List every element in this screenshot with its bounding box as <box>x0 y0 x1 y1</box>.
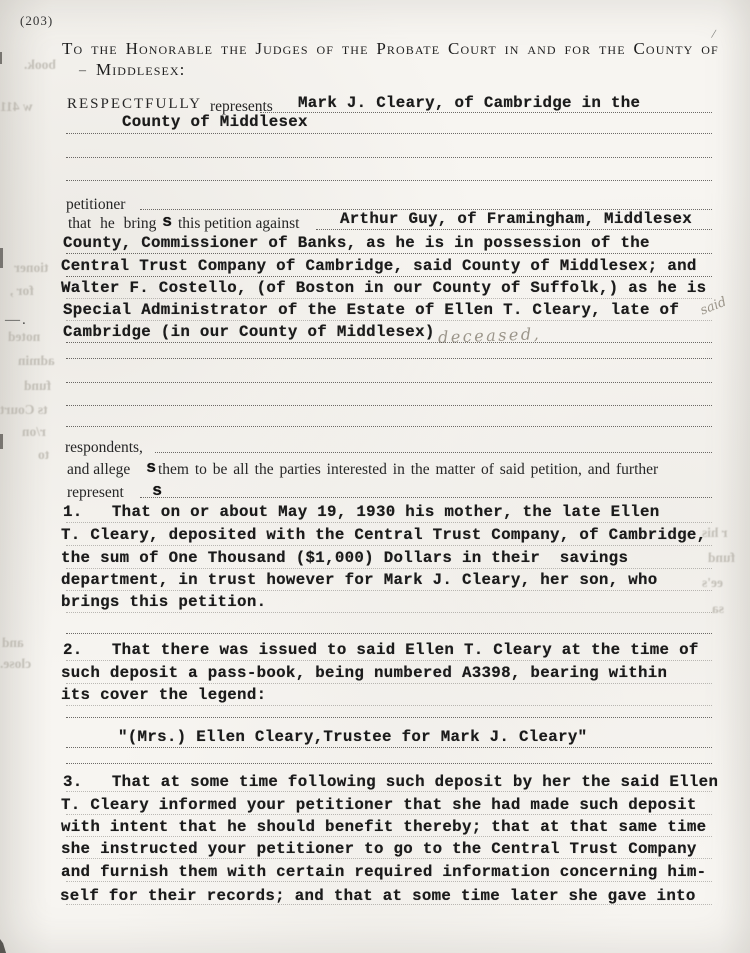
ruled-line <box>66 276 712 277</box>
paragraph-2-line: such deposit a pass-book, being numbered… <box>61 666 667 682</box>
ruled-line <box>66 881 712 882</box>
ruled-line <box>66 836 712 837</box>
allege-printed-2: them to be all the parties interested in… <box>158 462 658 478</box>
respondent-typed-line: Walter F. Costello, (of Boston in our Co… <box>61 281 706 297</box>
page-edge-mark <box>0 248 3 268</box>
bleedthrough-text: ee's <box>702 576 723 590</box>
respondent-typed-line: County, Commissioner of Banks, as he is … <box>63 236 650 252</box>
ruled-line <box>66 814 712 815</box>
ruled-line <box>66 683 712 684</box>
allege-printed-1: and allege <box>67 462 130 478</box>
ruled-line <box>316 229 712 230</box>
bleedthrough-text: noted <box>8 330 40 344</box>
ruled-line <box>66 426 712 427</box>
paragraph-2-line: 2. That there was issued to said Ellen T… <box>63 643 699 659</box>
ruled-line <box>66 747 712 748</box>
paragraph-1-line: 1. That on or about May 19, 1930 his mot… <box>63 505 660 521</box>
ruled-line <box>66 590 712 591</box>
ruled-line <box>66 717 712 718</box>
paragraph-3-line: 3. That at some time following such depo… <box>63 775 718 791</box>
bleedthrough-text: r/on <box>22 425 46 439</box>
stray-mark-dash-dot: —. <box>5 313 28 328</box>
respondents-label: respondents, <box>65 440 143 456</box>
typed-petitioner-name-line1: Mark J. Cleary, of Cambridge in the <box>298 96 640 112</box>
ruled-line <box>66 545 712 546</box>
ruled-line <box>66 763 712 764</box>
ruled-line <box>66 157 712 158</box>
paragraph-3-line: T. Cleary informed your petitioner that … <box>61 798 697 814</box>
bleedthrough-text: sa <box>712 602 724 616</box>
bleedthrough-text: ts Court <box>0 403 48 417</box>
brings-clause-printed-1: that he bring <box>68 216 156 232</box>
page-number: (203) <box>20 14 53 27</box>
allege-typed-s: s <box>146 460 156 477</box>
bleedthrough-text: to <box>38 448 49 462</box>
ruled-line <box>66 705 712 706</box>
bleedthrough-text: admin <box>18 354 55 368</box>
ruled-line <box>66 382 712 383</box>
paragraph-1-line: the sum of One Thousand ($1,000) Dollars… <box>61 551 628 567</box>
typed-petitioner-name-line2: County of Middlesex <box>122 115 308 131</box>
respectfully-label: RESPECTFULLY <box>67 97 202 112</box>
ruled-line <box>66 522 712 523</box>
court-heading-line2: Middlesex: <box>96 61 186 78</box>
ruled-line <box>66 253 712 254</box>
ruled-line <box>66 633 712 634</box>
paragraph-3-line: with intent that he should benefit there… <box>61 820 706 836</box>
paragraph-1-line: department, in trust however for Mark J.… <box>61 573 658 589</box>
ruled-line <box>66 904 712 905</box>
ruled-line <box>66 405 712 406</box>
page-edge-mark <box>0 52 2 64</box>
bleedthrough-text: book. <box>24 58 56 72</box>
court-heading-line1: To the Honorable the Judges of the Proba… <box>62 40 719 57</box>
ruled-line <box>66 320 712 321</box>
paragraph-1-line: T. Cleary, deposited with the Central Tr… <box>61 528 706 544</box>
ruled-line <box>260 112 712 113</box>
paragraph-3-line: she instructed your petitioner to go to … <box>61 842 697 858</box>
ruled-line <box>140 497 712 498</box>
paragraph-3-line: and furnish them with certain required i… <box>61 865 706 881</box>
page-edge-mark <box>0 434 3 449</box>
bleedthrough-text: fund <box>24 379 51 393</box>
brings-clause-printed-2: this petition against <box>178 216 299 232</box>
ruled-line <box>155 452 712 453</box>
bleedthrough-text: r his <box>702 526 728 540</box>
respondent-typed-line: Arthur Guy, of Framingham, Middlesex <box>340 212 692 228</box>
ruled-line <box>66 342 712 343</box>
paragraph-1-line: brings this petition. <box>61 595 266 611</box>
bleedthrough-text: for , <box>10 284 34 298</box>
ruled-line <box>66 660 712 661</box>
ruled-line <box>66 298 712 299</box>
bleedthrough-text: w 411 <box>0 100 33 114</box>
ruled-line <box>66 791 712 792</box>
respondent-typed-line: Cambridge (in our County of Middlesex) <box>63 325 435 341</box>
passbook-legend-typed-line: "(Mrs.) Ellen Cleary,Trustee for Mark J.… <box>118 730 587 746</box>
ruled-line <box>66 568 712 569</box>
ruled-line <box>66 858 712 859</box>
scanned-petition-page: (203) / To the Honorable the Judges of t… <box>0 0 750 953</box>
respondent-typed-line: Central Trust Company of Cambridge, said… <box>61 259 697 275</box>
paragraph-3-line: self for their records; and that at some… <box>60 889 696 905</box>
respondent-typed-line: Special Administrator of the Estate of E… <box>63 303 679 319</box>
bleedthrough-text: and <box>2 636 24 650</box>
brings-typed-s: s <box>162 214 172 231</box>
represent-printed: represent <box>67 485 124 501</box>
corner-shadow <box>0 939 11 953</box>
ruled-line <box>66 133 712 134</box>
petitioner-label: petitioner <box>66 197 125 213</box>
bleedthrough-text: tioner <box>14 261 49 275</box>
stray-mark-underscore: – <box>79 64 86 78</box>
ruled-line <box>66 180 712 181</box>
bleedthrough-text: close. <box>0 657 31 671</box>
bleedthrough-text: fund <box>708 551 735 565</box>
ruled-line <box>66 612 712 613</box>
paragraph-2-line: its cover the legend: <box>61 688 266 704</box>
ruled-line <box>66 358 712 359</box>
